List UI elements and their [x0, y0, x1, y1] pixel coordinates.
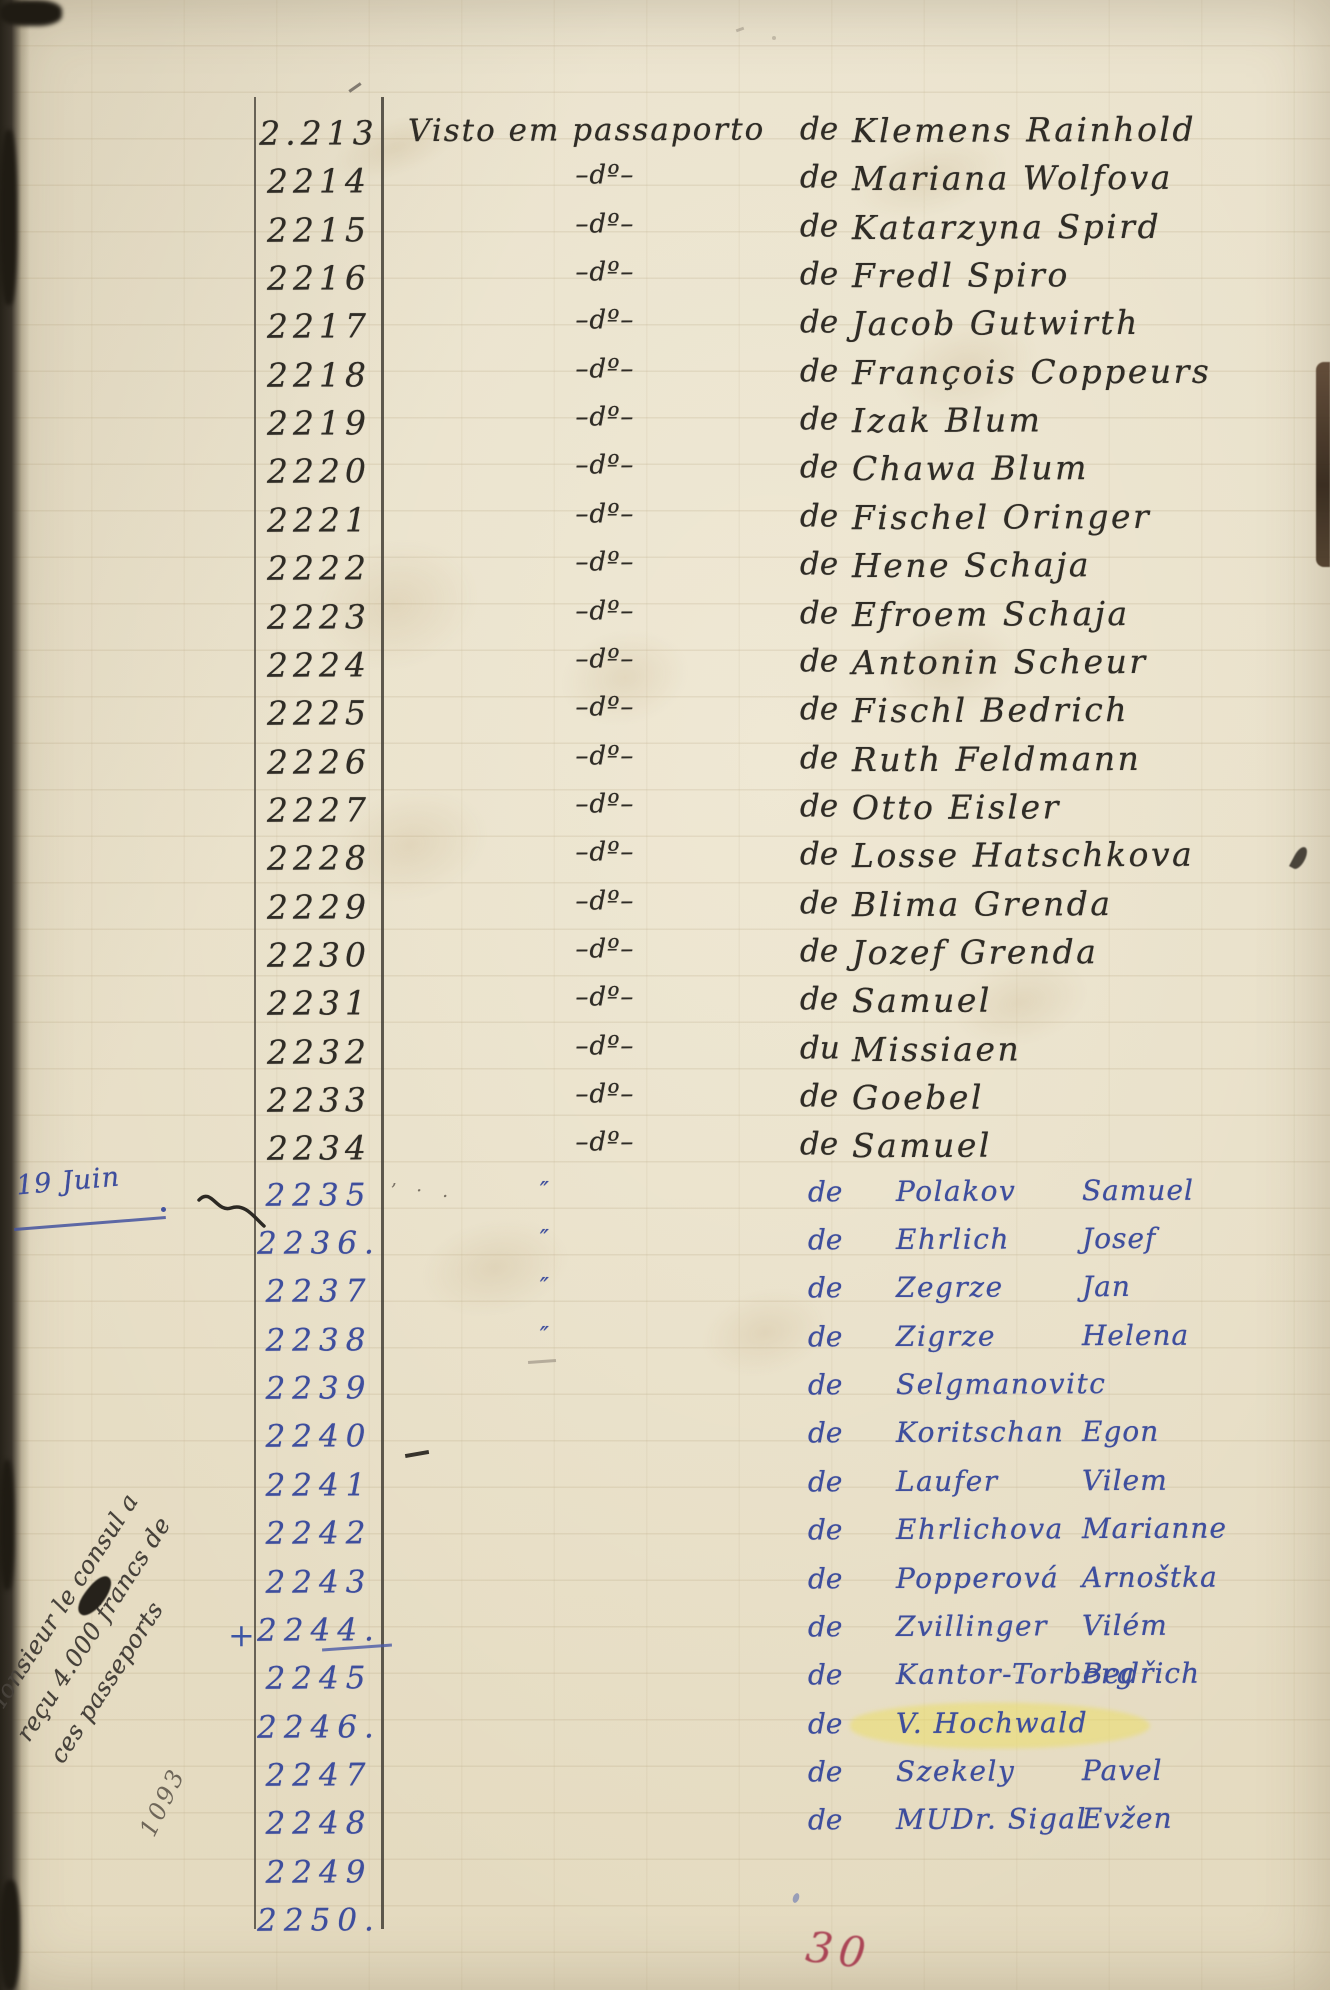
de-token: de [800, 111, 838, 147]
name-surname: Zegrze [896, 1271, 1004, 1304]
entry-number: 2241 [256, 1467, 382, 1504]
name-surname: MUDr. Sigal [896, 1802, 1087, 1836]
table-row: 2220 –dº– de Chawa Blum [0, 448, 1330, 502]
stray-speck [772, 36, 776, 40]
table-row: 2233 –dº– de Goebel [0, 1076, 1330, 1130]
entry-number: 2245 [256, 1660, 382, 1697]
de-token: de [800, 836, 838, 872]
red-ink-mark: 30 [803, 1922, 874, 1979]
table-row: 2221 –dº– de Fischel Oringer [0, 496, 1330, 550]
entry-number: 2235 [256, 1177, 382, 1214]
table-row: 2228 –dº– de Losse Hatschkova [0, 834, 1330, 888]
ditto-mark: Visto em passaporto [408, 112, 748, 149]
entry-number: 2236. [256, 1225, 382, 1262]
entry-number: 2227 [256, 790, 382, 830]
entry-number: 2238 [256, 1322, 382, 1359]
ditto-mark: –dº– [520, 934, 690, 965]
entry-number: 2242 [256, 1515, 382, 1552]
ditto-mark: –dº– [520, 354, 690, 385]
name-surname: Blima Grenda [852, 884, 1113, 924]
name-surname: Polakov [896, 1174, 1017, 1208]
de-token: de [800, 401, 838, 437]
name-given: Pavel [1082, 1754, 1163, 1787]
table-row: 2248 de MUDr. Sigal Evžen [0, 1801, 1330, 1855]
ditto-mark: –dº– [520, 1127, 690, 1158]
table-row: 2216 –dº– de Fredl Spiro [0, 254, 1330, 308]
entry-number: 2223 [256, 597, 382, 637]
name-given: Helena [1082, 1318, 1189, 1351]
ditto-mark: –dº– [520, 499, 690, 530]
ditto-mark: –dº– [520, 789, 690, 820]
entry-number: 2220 [256, 452, 382, 492]
corner-smudge [0, 0, 62, 26]
de-token: de [800, 208, 838, 244]
de-token: de [800, 160, 838, 196]
name-given: Marianne [1082, 1512, 1227, 1546]
ditto-mark: –dº– [520, 450, 690, 481]
entry-number: 2230 [256, 935, 382, 975]
name-given: Arnoštka [1082, 1560, 1218, 1594]
de-token: de [800, 546, 838, 582]
table-row: 2222 –dº– de Hene Schaja [0, 544, 1330, 598]
entry-number: 2250. [256, 1902, 382, 1939]
de-token: de [808, 1658, 843, 1691]
name-surname: Missiaen [852, 1029, 1021, 1069]
margin-arrow [196, 1186, 268, 1240]
table-row: 2223 –dº– de Efroem Schaja [0, 593, 1330, 647]
name-surname: Mariana Wolfova [852, 158, 1173, 198]
de-token: de [800, 691, 838, 727]
entry-number: 2248 [256, 1805, 382, 1842]
name-surname: Samuel [852, 981, 992, 1021]
entry-number: 2249 [256, 1854, 382, 1891]
name-surname: Szekely [896, 1754, 1015, 1788]
name-surname: Ehrlichova [896, 1512, 1064, 1546]
name-surname: Laufer [896, 1464, 999, 1497]
name-surname: Izak Blum [852, 400, 1043, 440]
entry-number: 2228 [256, 838, 382, 878]
entry-number: 2234 [256, 1129, 382, 1169]
entry-number: 2233 [256, 1080, 382, 1120]
name-surname: Fredl Spiro [852, 255, 1070, 295]
ledger-page: 2.213 Visto em passaporto de Klemens Rai… [0, 0, 1330, 1990]
name-surname: Efroem Schaja [852, 593, 1130, 633]
ditto-mark: –dº– [520, 644, 690, 675]
name-given: Bedřich [1082, 1657, 1200, 1691]
name-given: Evžen [1082, 1802, 1173, 1835]
de-token: de [808, 1175, 843, 1208]
table-row: 2229 –dº– de Blima Grenda [0, 883, 1330, 937]
name-surname: Popperová [896, 1561, 1059, 1595]
table-row: 2.213 Visto em passaporto de Klemens Rai… [0, 109, 1330, 163]
de-token: de [800, 305, 838, 341]
table-row: 2226 –dº– de Ruth Feldmann [0, 738, 1330, 792]
table-row: 2231 –dº– de Samuel [0, 979, 1330, 1033]
de-token: de [808, 1610, 843, 1643]
de-token: de [800, 1127, 838, 1163]
ditto-mark: ″ [515, 1176, 575, 1204]
entry-number: 2247 [256, 1757, 382, 1794]
de-token: de [800, 740, 838, 776]
ditto-mark: –dº– [520, 305, 690, 336]
entry-number: 2219 [256, 403, 382, 443]
name-surname: Goebel [852, 1078, 984, 1118]
table-row: 2219 –dº– de Izak Blum [0, 399, 1330, 453]
entry-number: 2.213 [256, 113, 382, 153]
entry-number: 2243 [256, 1564, 382, 1601]
table-row: 2245 de Kantor-Torberg Bedřich [0, 1656, 1330, 1710]
name-surname: Losse Hatschkova [852, 835, 1194, 875]
name-surname: Selgmanovitc [896, 1367, 1107, 1401]
entry-number: 2215 [256, 210, 382, 250]
de-token: de [808, 1707, 843, 1740]
de-token: de [808, 1368, 843, 1401]
name-given: Egon [1082, 1415, 1159, 1448]
table-row: 2237 ″ de Zegrze Jan [0, 1269, 1330, 1323]
entry-number: 2226 [256, 742, 382, 782]
de-token: du [800, 1030, 840, 1066]
name-surname: Klemens Rainhold [852, 110, 1196, 151]
entry-number: 2218 [256, 355, 382, 395]
name-surname: Otto Eisler [852, 787, 1061, 827]
de-token: de [800, 982, 838, 1018]
name-surname: Chawa Blum [852, 449, 1089, 489]
ditto-mark: –dº– [520, 1079, 690, 1110]
table-row: 2224 –dº– de Antonin Scheur [0, 641, 1330, 695]
table-row: 2217 –dº– de Jacob Gutwirth [0, 302, 1330, 356]
entry-number: 2244. [256, 1612, 382, 1649]
pencil-marks: ʼ · . [390, 1180, 455, 1202]
de-token: de [800, 256, 838, 292]
entry-number: 2225 [256, 693, 382, 733]
name-surname: Samuel [852, 1126, 992, 1166]
table-row: 2215 –dº– de Katarzyna Spird [0, 206, 1330, 260]
name-given: Jan [1082, 1270, 1131, 1303]
name-surname: Ruth Feldmann [852, 738, 1142, 778]
entry-number: 2229 [256, 887, 382, 927]
table-row: 2250. [0, 1898, 1330, 1952]
table-row: 2214 –dº– de Mariana Wolfova [0, 157, 1330, 211]
de-token: de [800, 1078, 838, 1114]
table-row: 2225 –dº– de Fischl Bedrich [0, 689, 1330, 743]
de-token: de [808, 1562, 843, 1595]
ditto-mark: ″ [515, 1273, 575, 1301]
name-surname: Jacob Gutwirth [852, 303, 1140, 343]
entry-number: 2246. [256, 1709, 382, 1746]
ditto-mark: ″ [515, 1224, 575, 1252]
ditto-mark: –dº– [520, 837, 690, 868]
entry-number: 2217 [256, 307, 382, 347]
entry-number: 2216 [256, 258, 382, 298]
name-surname: Zigrze [896, 1319, 996, 1352]
de-token: de [808, 1465, 843, 1498]
table-row: 2232 –dº– du Missiaen [0, 1028, 1330, 1082]
de-token: de [800, 450, 838, 486]
ditto-mark: ″ [515, 1321, 575, 1349]
name-surname: François Coppeurs [852, 351, 1211, 392]
ditto-mark: –dº– [520, 257, 690, 288]
table-row: 2244. de Zvillinger Vilém [0, 1608, 1330, 1662]
ditto-mark: –dº– [520, 547, 690, 578]
entry-number: 2237 [256, 1274, 382, 1311]
name-given: Vilem [1082, 1464, 1168, 1497]
name-given: Samuel [1082, 1173, 1194, 1206]
table-row: 2234 –dº– de Samuel [0, 1124, 1330, 1178]
ditto-mark: –dº– [520, 982, 690, 1013]
ditto-mark: –dº– [520, 595, 690, 626]
name-surname: Jozef Grenda [852, 932, 1099, 972]
entry-number: 2232 [256, 1032, 382, 1072]
de-token: de [800, 353, 838, 389]
de-token: de [808, 1320, 843, 1353]
ditto-mark: –dº– [520, 402, 690, 433]
de-token: de [808, 1223, 843, 1256]
de-token: de [800, 885, 838, 921]
name-surname: Hene Schaja [852, 545, 1091, 585]
ditto-mark: –dº– [520, 1031, 690, 1062]
name-given: Josef [1082, 1222, 1157, 1255]
table-row: 2249 [0, 1850, 1330, 1904]
name-surname: V. Hochwald [896, 1706, 1088, 1740]
name-surname: Katarzyna Spird [852, 207, 1161, 247]
entry-number: 2231 [256, 984, 382, 1024]
de-token: de [800, 788, 838, 824]
ditto-mark: –dº– [520, 209, 690, 240]
de-token: de [808, 1755, 843, 1788]
entry-number: 2221 [256, 500, 382, 540]
de-token: de [808, 1513, 843, 1546]
name-surname: Antonin Scheur [852, 642, 1148, 682]
de-token: de [800, 498, 838, 534]
entry-number: 2224 [256, 645, 382, 685]
name-surname: Ehrlich [896, 1223, 1010, 1256]
table-row: 2218 –dº– de François Coppeurs [0, 351, 1330, 405]
name-surname: Zvillinger [896, 1609, 1048, 1643]
table-row: 2247 de Szekely Pavel [0, 1753, 1330, 1807]
date-underline-dot [161, 1207, 166, 1212]
table-row: 2246. de V. Hochwald [0, 1705, 1330, 1759]
ditto-mark: –dº– [520, 692, 690, 723]
ditto-mark: –dº– [520, 740, 690, 771]
ditto-mark: –dº– [520, 160, 690, 191]
name-surname: Fischl Bedrich [852, 690, 1129, 730]
name-given: Vilém [1082, 1609, 1168, 1642]
edge-stain [1316, 362, 1330, 567]
ditto-mark: –dº– [520, 885, 690, 916]
de-token: de [808, 1417, 843, 1450]
entry-number: 2214 [256, 162, 382, 202]
table-row: 2230 –dº– de Jozef Grenda [0, 931, 1330, 985]
de-token: de [808, 1272, 843, 1305]
entry-number: 2222 [256, 548, 382, 588]
de-token: de [800, 595, 838, 631]
de-token: de [800, 933, 838, 969]
table-row: 2227 –dº– de Otto Eisler [0, 786, 1330, 840]
name-surname: Koritschan [896, 1416, 1065, 1450]
de-token: de [800, 643, 838, 679]
plus-mark: + [228, 1616, 255, 1654]
de-token: de [808, 1803, 843, 1836]
name-surname: Fischel Oringer [852, 497, 1151, 537]
